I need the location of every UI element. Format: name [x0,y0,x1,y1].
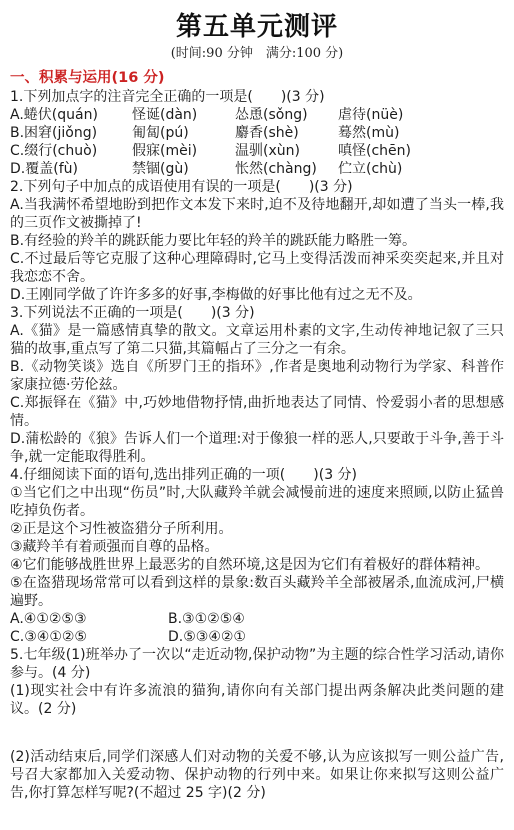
question-5-stem: 5.七年级(1)班举办了一次以“走近动物,保护动物”为主题的综合性学习活动,请你… [10,646,504,682]
option-cell: D.覆盖(fù) [10,160,132,178]
question-4-choice-c: C.③④①②⑤ [10,628,168,646]
option-cell: 虐待(nüè) [338,106,504,124]
question-3-option-b: B.《动物笑谈》选自《所罗门王的指环》,作者是奥地利动物行为学家、科普作家康拉德… [10,358,504,394]
option-cell: 怪诞(dàn) [132,106,235,124]
question-1-option-row-a: A.蜷伏(quán) 怪诞(dàn) 怂恿(sǒng) 虐待(nüè) [10,106,504,124]
question-5-subquestion-2: (2)活动结束后,同学们深感人们对动物的关爱不够,认为应该拟写一则公益广告,号召… [10,748,504,802]
question-2-stem: 2.下列句子中加点的成语使用有误的一项是( )(3 分) [10,178,504,196]
question-1: 1.下列加点字的注音完全正确的一项是( )(3 分) A.蜷伏(quán) 怪诞… [10,88,504,178]
question-2-option-d: D.王刚同学做了许许多多的好事,李梅做的好事比他有过之无不及。 [10,286,504,304]
option-cell: 假寐(mèi) [132,142,235,160]
option-cell: 怅然(chàng) [235,160,338,178]
question-4-sentence-3: ③藏羚羊有着顽强而自尊的品格。 [10,538,504,556]
page-title: 第五单元测评 [10,12,504,42]
test-paper-page: 第五单元测评 (时间:90 分钟 满分:100 分) 一、积累与运用(16 分)… [0,0,514,830]
option-cell: B.困窘(jiǒng) [10,124,132,142]
question-5-subquestion-1: (1)现实社会中有许多流浪的猫狗,请你向有关部门提出两条解决此类问题的建议。(2… [10,682,504,718]
option-cell: 蓦然(mù) [338,124,504,142]
question-3-option-a: A.《猫》是一篇感情真挚的散文。文章运用朴素的文字,生动传神地记叙了三只猫的故事… [10,322,504,358]
question-2-option-c: C.不过最后等它克服了这种心理障碍时,它马上变得活泼而神采奕奕起来,并且对我恋恋… [10,250,504,286]
question-4-choice-a: A.④①②⑤③ [10,610,168,628]
question-4-choices: A.④①②⑤③ B.③①②⑤④ C.③④①②⑤ D.⑤③④②① [10,610,504,646]
option-cell: 温驯(xùn) [235,142,338,160]
option-cell: 禁锢(gù) [132,160,235,178]
option-cell: C.缀行(chuò) [10,142,132,160]
question-3: 3.下列说法不正确的一项是( )(3 分) A.《猫》是一篇感情真挚的散文。文章… [10,304,504,466]
question-4-sentence-1: ①当它们之中出现“伤员”时,大队藏羚羊就会减慢前进的速度来照顾,以防止猛兽吃掉负… [10,484,504,520]
question-1-option-row-d: D.覆盖(fù) 禁锢(gù) 怅然(chàng) 伫立(chù) [10,160,504,178]
question-4-stem: 4.仔细阅读下面的语句,选出排列正确的一项( )(3 分) [10,466,504,484]
question-5: 5.七年级(1)班举办了一次以“走近动物,保护动物”为主题的综合性学习活动,请你… [10,646,504,802]
option-cell: A.蜷伏(quán) [10,106,132,124]
option-cell: 麝香(shè) [235,124,338,142]
question-1-option-row-b: B.困窘(jiǒng) 匍匐(pú) 麝香(shè) 蓦然(mù) [10,124,504,142]
page-subtitle: (时间:90 分钟 满分:100 分) [10,44,504,64]
question-2-option-b: B.有经验的羚羊的跳跃能力要比年轻的羚羊的跳跃能力略胜一筹。 [10,232,504,250]
question-2: 2.下列句子中加点的成语使用有误的一项是( )(3 分) A.当我满怀希望地盼到… [10,178,504,304]
question-4-sentence-2: ②正是这个习性被盗猎分子所利用。 [10,520,504,538]
question-4-sentence-4: ④它们能够战胜世界上最恶劣的自然环境,这是因为它们有着极好的群体精神。 [10,556,504,574]
question-3-stem: 3.下列说法不正确的一项是( )(3 分) [10,304,504,322]
option-cell: 伫立(chù) [338,160,504,178]
section-header: 一、积累与运用(16 分) [10,69,504,88]
question-4: 4.仔细阅读下面的语句,选出排列正确的一项( )(3 分) ①当它们之中出现“伤… [10,466,504,646]
option-cell: 嗔怪(chēn) [338,142,504,160]
question-3-option-c: C.郑振铎在《猫》中,巧妙地借物抒情,曲折地表达了同情、怜爱弱小者的思想感情。 [10,394,504,430]
question-2-option-a: A.当我满怀希望地盼到把作文本发下来时,迫不及待地翻开,却如遭了当头一棒,我的三… [10,196,504,232]
question-4-choice-b: B.③①②⑤④ [168,610,504,628]
question-1-option-row-c: C.缀行(chuò) 假寐(mèi) 温驯(xùn) 嗔怪(chēn) [10,142,504,160]
option-cell: 怂恿(sǒng) [235,106,338,124]
question-3-option-d: D.蒲松龄的《狼》告诉人们一个道理:对于像狼一样的恶人,只要敢于斗争,善于斗争,… [10,430,504,466]
question-4-choice-d: D.⑤③④②① [168,628,504,646]
question-4-sentence-5: ⑤在盗猎现场常常可以看到这样的景象:数百头藏羚羊全部被屠杀,血流成河,尸横遍野。 [10,574,504,610]
option-cell: 匍匐(pú) [132,124,235,142]
question-1-stem: 1.下列加点字的注音完全正确的一项是( )(3 分) [10,88,504,106]
